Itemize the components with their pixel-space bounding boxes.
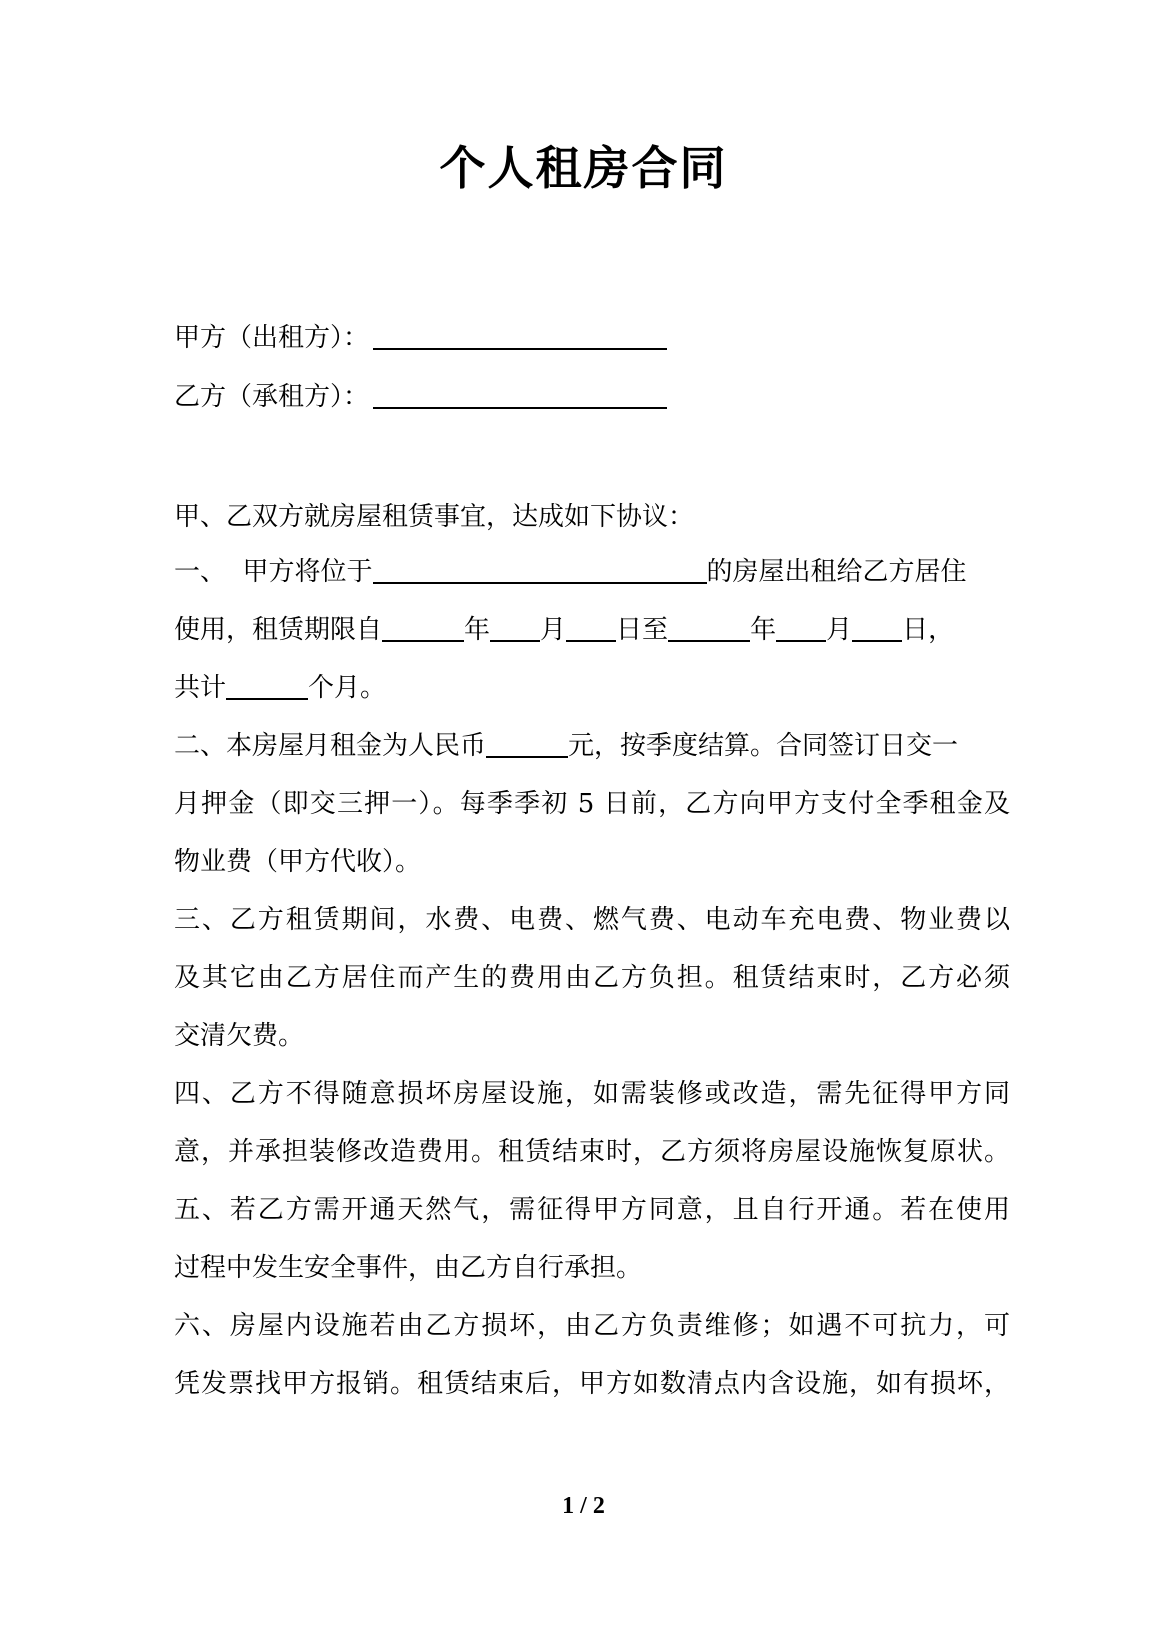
party-a-field[interactable] — [373, 320, 667, 350]
start-day-field[interactable] — [566, 612, 616, 642]
clause-1-text: 使用，租赁期限自 — [174, 615, 382, 645]
clause-2-line-3: 物业费（甲方代收）。 — [174, 842, 1010, 882]
clause-6-line-1: 六、房屋内设施若由乙方损坏，由乙方负责维修；如遇不可抗力，可 — [174, 1306, 1010, 1346]
clause-1-text: 日， — [902, 615, 954, 645]
clause-2-line-2: 月押金（即交三押一）。每季季初 5 日前，乙方向甲方支付全季租金及 — [174, 784, 1010, 824]
clause-1-text: 月 — [540, 615, 566, 645]
clause-1-line-1: 一、 甲方将位于的房屋出租给乙方居住 — [174, 552, 1010, 592]
clause-3-line-3: 交清欠费。 — [174, 1016, 1010, 1056]
clause-3-line-1: 三、乙方租赁期间，水费、电费、燃气费、电动车充电费、物业费以 — [174, 900, 1010, 940]
party-b-row: 乙方（承租方）： — [174, 377, 1010, 417]
party-a-label: 甲方（出租方）： — [174, 323, 369, 353]
clause-2-text: 二、本房屋月租金为人民币 — [174, 731, 486, 761]
start-month-field[interactable] — [490, 612, 540, 642]
clause-5-line-1: 五、若乙方需开通天然气，需征得甲方同意，且自行开通。若在使用 — [174, 1190, 1010, 1230]
clause-6-line-2: 凭发票找甲方报销。租赁结束后，甲方如数清点内含设施，如有损坏， — [174, 1364, 1010, 1404]
clause-1-line-2: 使用，租赁期限自年月日至年月日， — [174, 610, 1010, 650]
end-day-field[interactable] — [852, 612, 902, 642]
clause-1-line-3: 共计个月。 — [174, 668, 1010, 708]
monthly-rent-field[interactable] — [486, 728, 568, 758]
start-year-field[interactable] — [382, 612, 464, 642]
clause-2-line-1: 二、本房屋月租金为人民币元，按季度结算。合同签订日交一 — [174, 726, 1010, 766]
party-b-label: 乙方（承租方）： — [174, 382, 369, 412]
clause-1-text: 年 — [750, 615, 776, 645]
party-a-row: 甲方（出租方）： — [174, 318, 1010, 358]
clause-3-line-2: 及其它由乙方居住而产生的费用由乙方负担。租赁结束时，乙方必须 — [174, 958, 1010, 998]
clause-5-line-2: 过程中发生安全事件，由乙方自行承担。 — [174, 1248, 1010, 1288]
clause-1-text: 共计 — [174, 673, 226, 703]
page-number: 1 / 2 — [0, 1490, 1167, 1522]
clause-4-line-1: 四、乙方不得随意损坏房屋设施，如需装修或改造，需先征得甲方同 — [174, 1074, 1010, 1114]
clause-1-text: 一、 甲方将位于 — [174, 557, 373, 587]
document-page: 个人租房合同 甲方（出租方）： 乙方（承租方）： 甲、乙双方就房屋租赁事宜，达成… — [0, 0, 1167, 1651]
end-year-field[interactable] — [668, 612, 750, 642]
address-field[interactable] — [373, 554, 707, 584]
intro-text: 甲、乙双方就房屋租赁事宜，达成如下协议： — [174, 497, 1010, 537]
clause-1-text: 日至 — [616, 615, 668, 645]
clause-2-text: 元，按季度结算。合同签订日交一 — [568, 731, 958, 761]
clause-1-text: 的房屋出租给乙方居住 — [707, 557, 967, 587]
end-month-field[interactable] — [776, 612, 826, 642]
total-months-field[interactable] — [226, 670, 308, 700]
clause-4-line-2: 意，并承担装修改造费用。租赁结束时，乙方须将房屋设施恢复原状。 — [174, 1132, 1010, 1172]
clause-1-text: 年 — [464, 615, 490, 645]
clause-1-text: 个月。 — [308, 673, 386, 703]
clause-1-text: 月 — [826, 615, 852, 645]
document-title: 个人租房合同 — [0, 138, 1167, 198]
party-b-field[interactable] — [373, 379, 667, 409]
